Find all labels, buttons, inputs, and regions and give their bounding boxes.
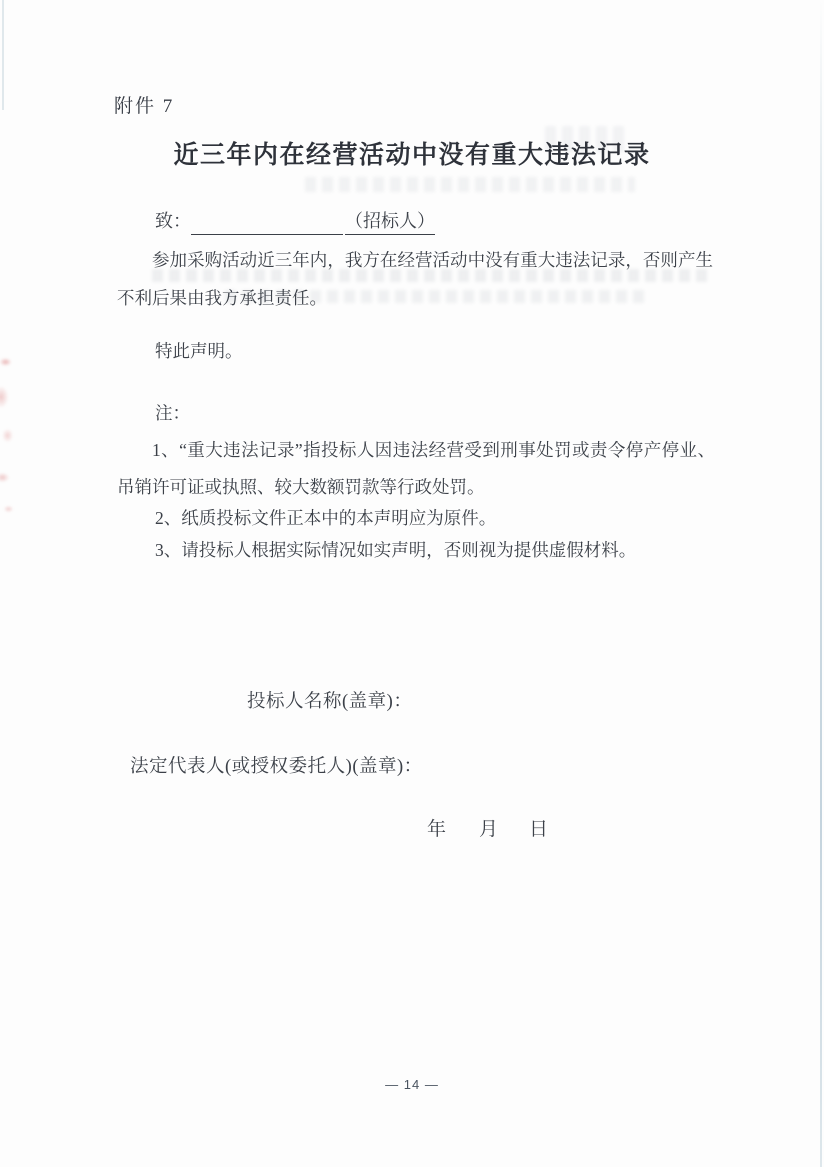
recipient-blank-field bbox=[191, 214, 343, 235]
salutation-prefix: 致： bbox=[155, 211, 191, 231]
notes-heading: 注： bbox=[155, 400, 190, 425]
recipient-suffix-label: （招标人） bbox=[345, 207, 435, 235]
legal-representative-seal-label: 法定代表人(或授权委托人)(盖章)： bbox=[130, 752, 423, 778]
page-number: — 14 — bbox=[0, 1077, 824, 1092]
note-item-1: 1、“重大违法记录”指投标人因违法经营受到刑事处罚或责令停产停业、吊销许可证或执… bbox=[117, 432, 715, 506]
date-line: 年月日 bbox=[427, 814, 548, 841]
date-year-label: 年 bbox=[427, 819, 446, 840]
attachment-number-label: 附件 7 bbox=[114, 91, 174, 118]
bidder-name-seal-label: 投标人名称(盖章)： bbox=[247, 687, 412, 713]
date-month-label: 月 bbox=[479, 819, 498, 840]
note-item-2: 2、纸质投标文件正本中的本声明应为原件。 bbox=[155, 505, 496, 530]
red-stamp-bleed-artifact bbox=[0, 348, 25, 523]
document-title: 近三年内在经营活动中没有重大违法记录 bbox=[0, 135, 824, 171]
hereby-declare-line: 特此声明。 bbox=[155, 338, 243, 363]
ink-bleedthrough-artifact bbox=[305, 177, 635, 192]
salutation-line: 致：（招标人） bbox=[155, 207, 435, 235]
scan-edge-shadow-right bbox=[820, 0, 822, 1167]
scanned-document-page: 附件 7 近三年内在经营活动中没有重大违法记录 致：（招标人） 参加采购活动近三… bbox=[0, 0, 824, 1167]
date-day-label: 日 bbox=[529, 819, 548, 840]
note-item-3: 3、请投标人根据实际情况如实声明，否则视为提供虚假材料。 bbox=[155, 537, 636, 562]
scan-edge-shadow-left bbox=[2, 0, 4, 110]
declaration-paragraph: 参加采购活动近三年内，我方在经营活动中没有重大违法记录，否则产生不利后果由我方承… bbox=[117, 241, 713, 317]
